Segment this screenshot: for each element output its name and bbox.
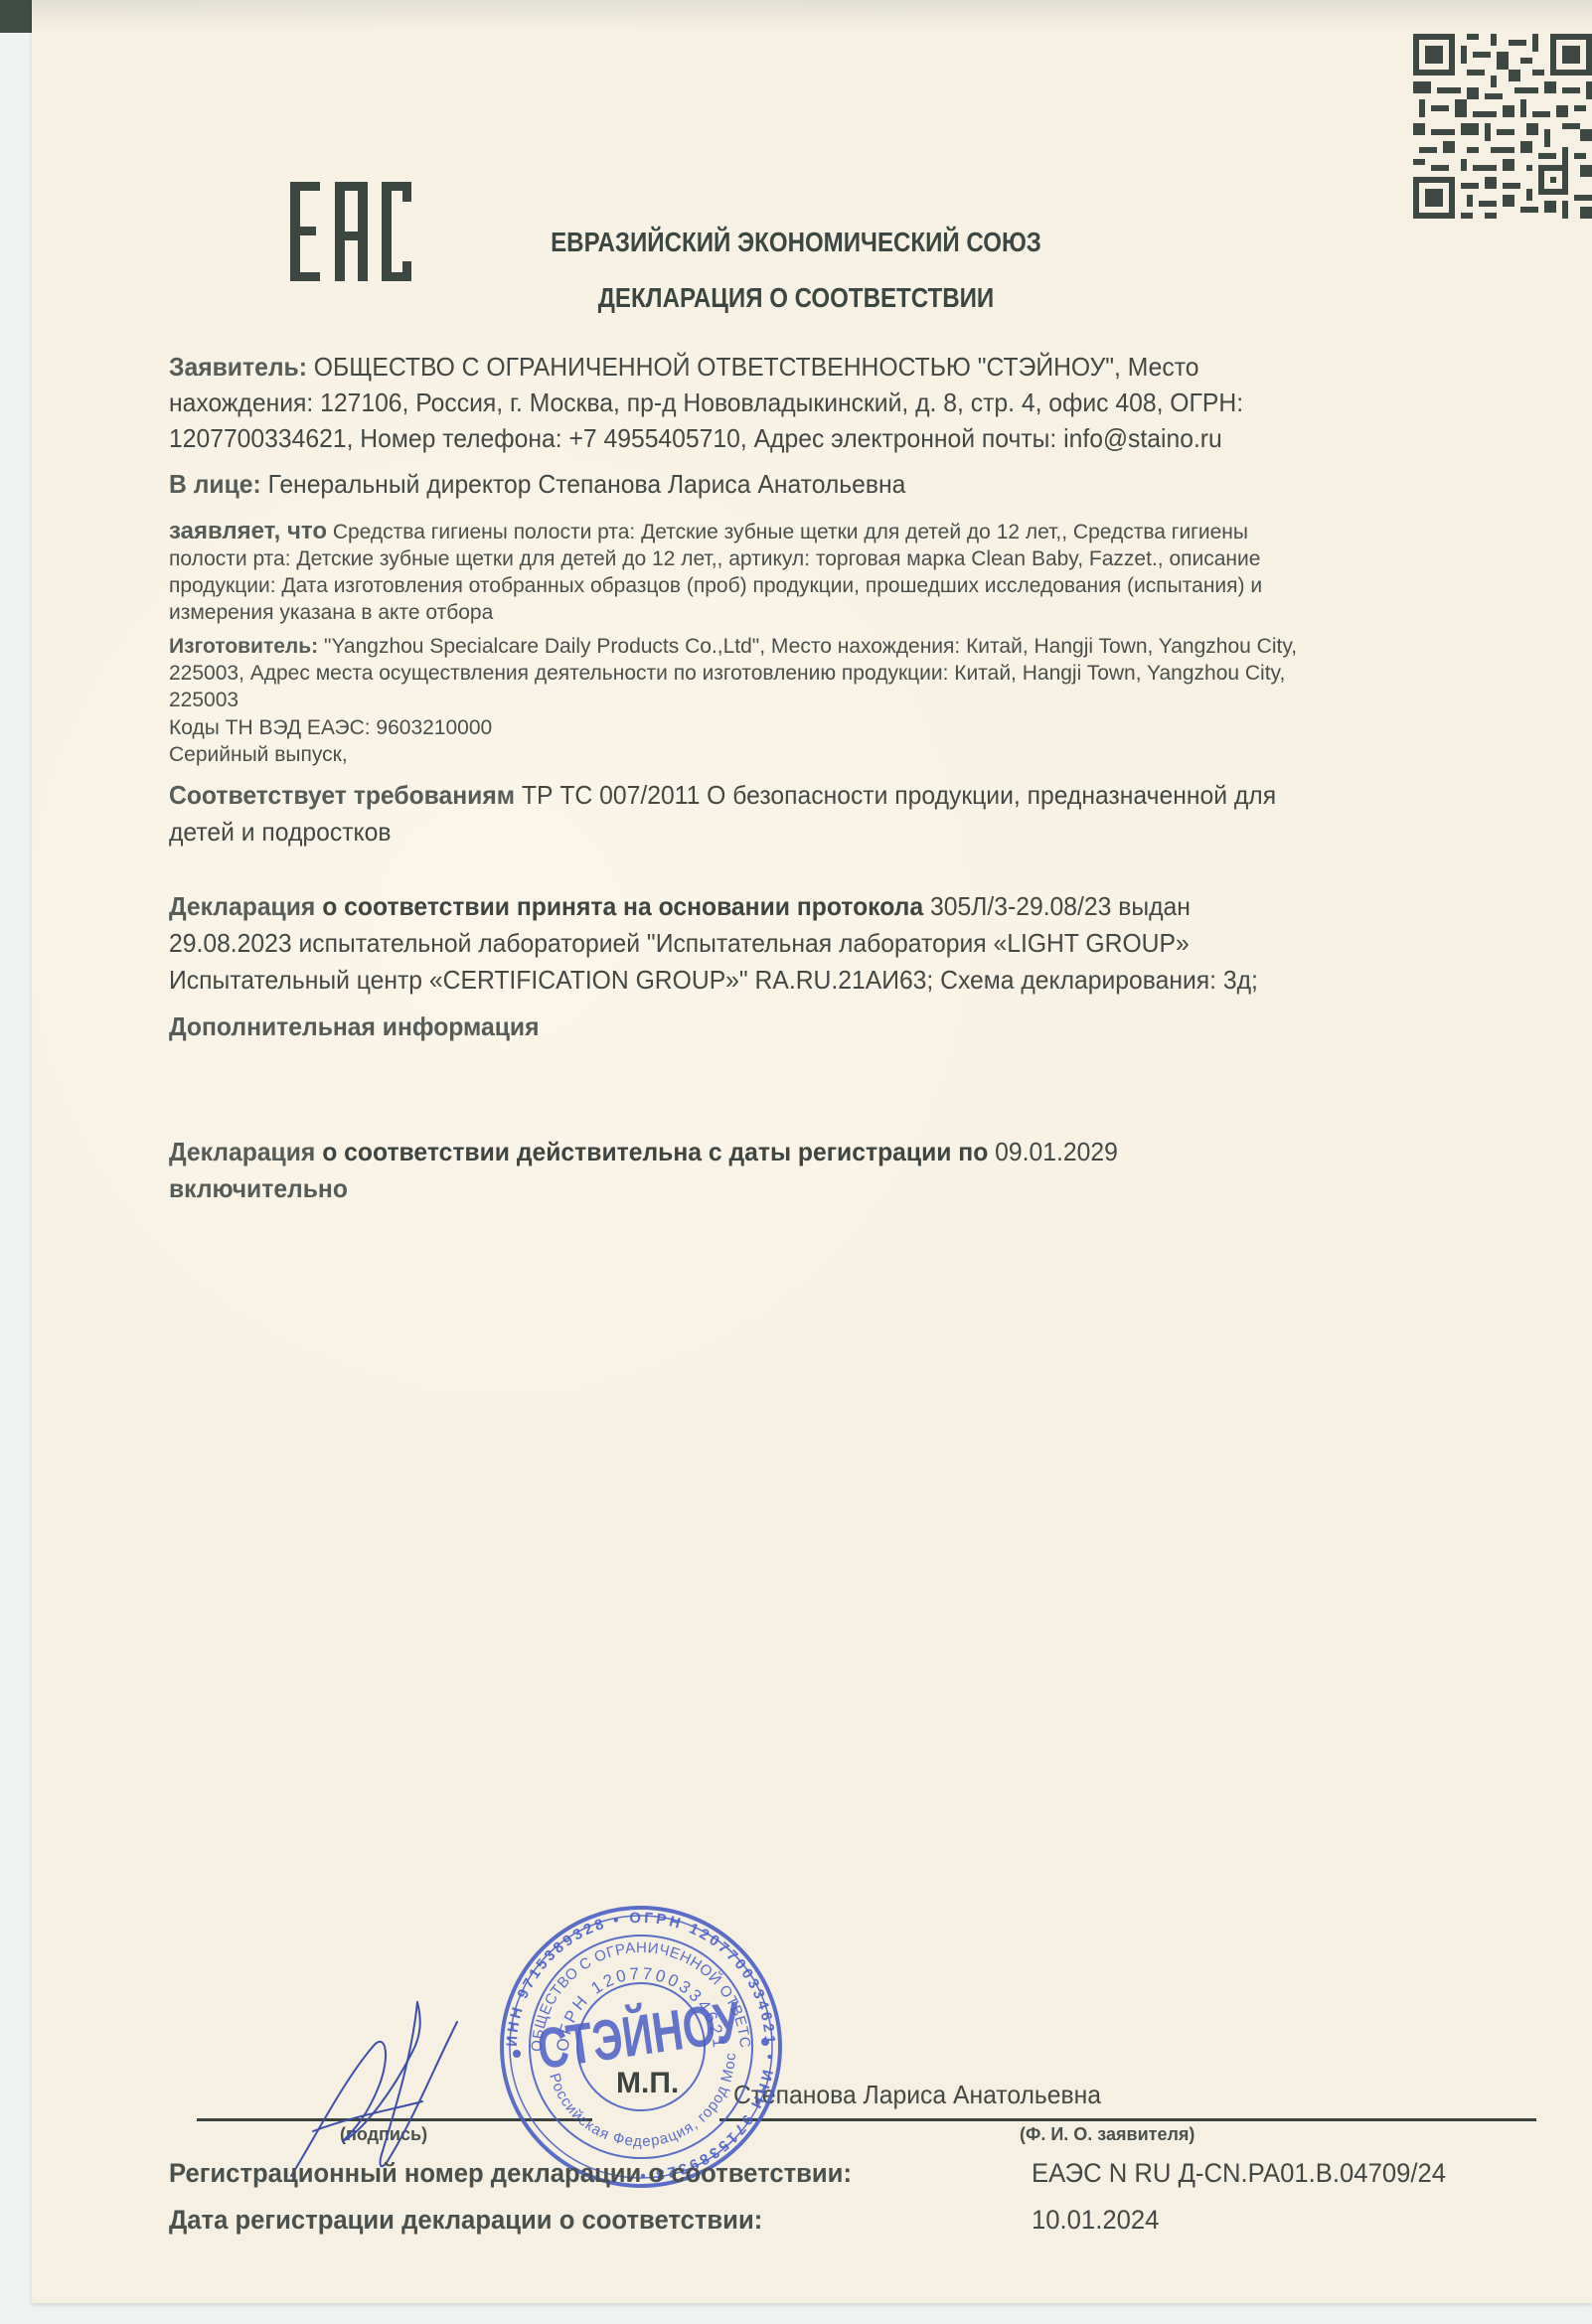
declares-label: заявляет, что [169, 518, 327, 544]
declaration-title: ДЕКЛАРАЦИЯ О СООТВЕТСТВИИ [111, 282, 1481, 314]
represented-by-label: В лице: [169, 469, 261, 499]
manufacturer-line-3: 225003 [169, 688, 239, 713]
conformity-line-2: детей и подростков [169, 815, 402, 849]
declares-line-2: полости рта: Детские зубные щетки для де… [169, 546, 1260, 572]
union-title: ЕВРАЗИЙСКИЙ ЭКОНОМИЧЕСКИЙ СОЮЗ [111, 227, 1481, 258]
registration-number-label: Регистрационный номер декларации о соотв… [169, 2158, 887, 2189]
name-underline [719, 2118, 1536, 2121]
basis-protocol: 305Л/3-29.08/23 выдан [923, 891, 1191, 921]
scan-corner [0, 0, 34, 33]
declares-line-1: заявляет, что Средства гигиены полости р… [169, 519, 1248, 545]
manufacturer-line-2: 225003, Адрес места осуществления деятел… [169, 661, 1285, 687]
conformity-standard-cont: детей и подростков [169, 815, 391, 849]
basis-center: Испытательный центр «CERTIFICATION GROUP… [169, 963, 1258, 997]
declares-line-3: продукции: Дата изготовления отобранных … [169, 573, 1262, 599]
handwritten-signature [273, 1992, 502, 2181]
stamp-seal-icon: ИНН 9715389328 • ОГРН 1207700334621 • ИН… [487, 1903, 795, 2191]
applicant-text: ОБЩЕСТВО С ОГРАНИЧЕННОЙ ОТВЕТСТВЕННОСТЬЮ… [307, 352, 1199, 382]
validity-line-2: включительно [169, 1171, 357, 1205]
registration-date-value-text: 10.01.2024 [1032, 2205, 1159, 2236]
conformity-line-1: Соответствует требованиям ТР ТС 007/2011… [169, 778, 1335, 812]
hs-codes: Коды ТН ВЭД ЕАЭС: 9603210000 [169, 715, 492, 741]
validity-label-bold: о соответствии действительна с даты реги… [315, 1137, 988, 1166]
basis-label-plain: Декларация [169, 891, 315, 921]
signature-scribble-icon [273, 1992, 502, 2181]
basis-line-3: Испытательный центр «CERTIFICATION GROUP… [169, 963, 1316, 997]
qr-code-icon [1413, 34, 1592, 219]
validity-label-plain: Декларация [169, 1137, 315, 1166]
stamp-place-label: М.П. [616, 2067, 679, 2100]
registration-number-value-text: ЕАЭС N RU Д-CN.РА01.В.04709/24 [1032, 2158, 1446, 2189]
represented-by: В лице: Генеральный директор Степанова Л… [169, 467, 944, 501]
represented-by-value: Генеральный директор Степанова Лариса Ан… [261, 469, 906, 499]
basis-line-2: 29.08.2023 испытательной лабораторией "И… [169, 926, 1243, 960]
additional-info: Дополнительная информация [169, 1009, 558, 1043]
additional-info-label: Дополнительная информация [169, 1011, 540, 1041]
validity-date: 09.01.2029 [988, 1137, 1117, 1166]
company-stamp: ИНН 9715389328 • ОГРН 1207700334621 • ИН… [487, 1903, 795, 2191]
validity-line-1: Декларация о соответствии действительна … [169, 1135, 1168, 1168]
applicant-line-1: Заявитель: ОБЩЕСТВО С ОГРАНИЧЕННОЙ ОТВЕТ… [169, 350, 1253, 384]
manufacturer-text: "Yangzhou Specialcare Daily Products Co.… [318, 635, 1297, 658]
applicant-contacts: 1207700334621, Номер телефона: +7 495540… [169, 421, 1222, 455]
registration-number-label-text: Регистрационный номер декларации о соотв… [169, 2158, 852, 2189]
conformity-label: Соответствует требованиям [169, 780, 515, 810]
basis-line-1: Декларация о соответствии принята на осн… [169, 889, 1244, 923]
applicant-line-3: 1207700334621, Номер телефона: +7 495540… [169, 421, 1278, 455]
name-caption: (Ф. И. О. заявителя) [1020, 2124, 1194, 2145]
basis-label-bold: о соответствии принята на основании прот… [315, 891, 923, 921]
validity-suffix: включительно [169, 1173, 348, 1203]
applicant-address: нахождения: 127106, Россия, г. Москва, п… [169, 386, 1243, 419]
applicant-label: Заявитель: [169, 352, 307, 382]
declares-line-4: измерения указана в акте отбора [169, 600, 493, 626]
serial-production: Серийный выпуск, [169, 742, 348, 768]
registration-date-value: 10.01.2024 [1032, 2205, 1166, 2236]
conformity-standard: ТР ТС 007/2011 О безопасности продукции,… [515, 780, 1276, 810]
registration-number-value: ЕАЭС N RU Д-CN.РА01.В.04709/24 [1032, 2158, 1468, 2189]
declares-text-1: Средства гигиены полости рта: Детские зу… [327, 521, 1248, 543]
registration-date-label: Дата регистрации декларации о соответств… [169, 2205, 794, 2236]
manufacturer-line-1: Изготовитель: "Yangzhou Specialcare Dail… [169, 634, 1297, 660]
basis-lab: 29.08.2023 испытательной лабораторией "И… [169, 926, 1190, 960]
manufacturer-label: Изготовитель: [169, 635, 318, 658]
qr-code [1413, 34, 1592, 219]
registration-date-label-text: Дата регистрации декларации о соответств… [169, 2205, 762, 2236]
applicant-line-2: нахождения: 127106, Россия, г. Москва, п… [169, 386, 1300, 419]
